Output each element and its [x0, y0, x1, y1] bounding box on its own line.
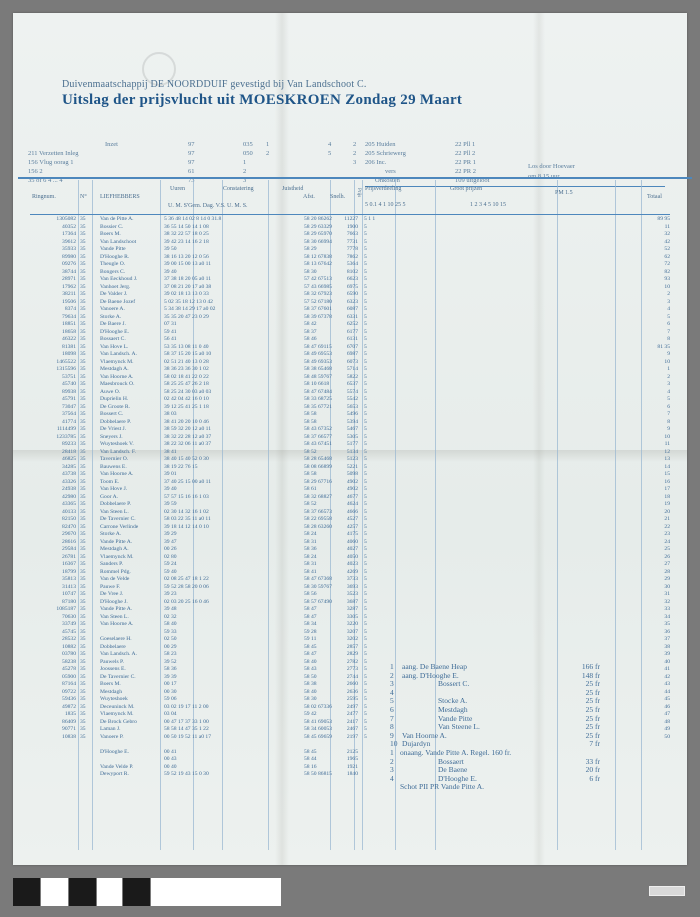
cell-n: 35	[80, 441, 94, 448]
cell-tot: 36	[642, 629, 670, 636]
cell-t: 5 34 38 14 29 17 a0 02	[164, 306, 304, 313]
cell-a: 4023	[330, 561, 358, 568]
table-row: 3961235Van Landschoot39 42 23 14 16 2 18…	[30, 239, 670, 246]
cell-t: 00 43	[164, 756, 304, 763]
cell-n: 35	[80, 561, 94, 568]
cell-a: 7731	[330, 239, 358, 246]
cell-ring: 70630	[30, 614, 76, 621]
header-groot-prijzen: Groot prijzen	[450, 186, 482, 192]
table-row: 3141335Pauwe F.59 52 28 58 20 0 0658 30 …	[30, 584, 670, 591]
cell-tot: 89 95	[642, 216, 670, 223]
header-verdeling-sub: 5 0.1 4 1 10 25 5	[365, 202, 406, 208]
cell-tot: 21	[642, 516, 670, 523]
cell-n: 35	[80, 696, 94, 703]
cell-tot: 28	[642, 569, 670, 576]
cell-tot: 48	[642, 719, 670, 726]
cell-t: 36 55 14 50 14 1 08	[164, 224, 304, 231]
cell-t: 35 35 20 47 23 0 29	[164, 314, 304, 321]
table-row: 130508235Van de Pitte A.5 36 48 14 02 8 …	[30, 216, 670, 223]
cell-t: 00 26	[164, 546, 304, 553]
cell-a: 1900	[330, 224, 358, 231]
cell-t: 59 41	[164, 329, 304, 336]
cell-t: 38 32 22 57 18 0 25	[164, 231, 304, 238]
table-row: 3374935Van Hoorne A.58 4058 343220535	[30, 621, 670, 628]
cell-tot: 39	[642, 651, 670, 658]
cell-a: 5177	[330, 441, 358, 448]
cell-a: 6331	[330, 314, 358, 321]
header-rule	[18, 177, 692, 179]
cell-n: 35	[80, 299, 94, 306]
cell-p: 5	[364, 614, 386, 621]
table-row: 4013335Van Steen L.02 30 14 32 16 1 0258…	[30, 509, 670, 516]
cell-t: 02 51 21 40 13 0 28	[164, 359, 304, 366]
cell-tot: 13	[642, 456, 670, 463]
cell-t: 00 40	[164, 764, 304, 771]
cell-tot: 6	[642, 404, 670, 411]
cell-t: 59 06	[164, 696, 304, 703]
cell-n: 35	[80, 651, 94, 658]
table-row: 2493835Van Hove J.39 4058 614902517	[30, 486, 670, 493]
cell-n: 35	[80, 546, 94, 553]
cell-p: 5	[364, 261, 386, 268]
header-pm: PM 1.5	[555, 190, 573, 196]
cell-a: 2467	[330, 726, 358, 733]
table-row: 1796235Vanhoet Jerg.37 08 21 20 17 a0 38…	[30, 284, 670, 291]
cell-a: 7778	[330, 246, 358, 253]
cell-n: 35	[80, 419, 94, 426]
cell-tot: 9	[642, 426, 670, 433]
cell-a: 1840	[330, 771, 358, 778]
cell-p: 5	[364, 314, 386, 321]
cell-n: 35	[80, 351, 94, 358]
table-header: Ringnum. N° LIEFHEBBERS Uuren Constateri…	[30, 180, 670, 215]
cell-tot: 8	[642, 336, 670, 343]
cell-n: 35	[80, 584, 94, 591]
cell-ring: 29584	[30, 546, 76, 553]
cell-n: 35	[80, 479, 94, 486]
cell-p: 5	[364, 456, 386, 463]
table-row: 1736435Boers M.38 32 22 57 18 0 2558 29 …	[30, 231, 670, 238]
cell-t: 59 24	[164, 561, 304, 568]
cell-a: 1965	[330, 756, 358, 763]
cell-ring: 18658	[30, 329, 76, 336]
cell-t: 39 01	[164, 471, 304, 478]
colorbar-patch	[123, 878, 150, 906]
cell-t: 07 31	[164, 321, 304, 328]
cell-n: 35	[80, 524, 94, 531]
cell-t: 38 40 15 40 52 0 30	[164, 456, 304, 463]
cell-ring: 86409	[30, 719, 76, 726]
cell-a: 6323	[330, 299, 358, 306]
cell-ring: 45791	[30, 396, 76, 403]
cell-tot: 19	[642, 501, 670, 508]
cell-ring: 43738	[30, 471, 76, 478]
cell-p: 5	[364, 426, 386, 433]
table-row: 3874435Bongers C.39 4058 308102582	[30, 269, 670, 276]
cell-n: 35	[80, 599, 94, 606]
table-row: 8138135Van Hove L.53 35 13 08 11 0 4058 …	[30, 344, 670, 351]
table-row: 1879935Rommel Pdg.59 4058 414269528	[30, 569, 670, 576]
table-row: 1074735De Vree J.39 2358 563523531	[30, 591, 670, 598]
cell-t: 56 41	[164, 336, 304, 343]
cell-tot: 8	[642, 419, 670, 426]
cell-t: 39 18 14 12 14 0 10	[164, 524, 304, 531]
cell-ring: 89980	[30, 254, 76, 261]
cell-n: 35	[80, 606, 94, 613]
cell-t: 59 52 28 58 20 0 06	[164, 584, 304, 591]
cell-ring: 09722	[30, 689, 76, 696]
cell-n: 35	[80, 216, 94, 223]
cell-t: 39 42 23 14 16 2 18	[164, 239, 304, 246]
colorbar-patch	[97, 878, 122, 906]
cell-t: 58 25 24 30 03 a0 03	[164, 389, 304, 396]
cell-t: 02 80	[164, 554, 304, 561]
colorbar-patch	[69, 878, 96, 906]
cell-t: 39 52	[164, 659, 304, 666]
cell-a: 2595	[330, 696, 358, 703]
cell-n: 35	[80, 636, 94, 643]
table-row: 111449935De Vriest J.38 59 32 20 12 a0 1…	[30, 426, 670, 433]
cell-a: 4027	[330, 546, 358, 553]
cell-a: 4175	[330, 531, 358, 538]
cell-t: 58 25 25 47 26 2 18	[164, 381, 304, 388]
cell-p: 5	[364, 704, 386, 711]
cell-ring: 82150	[30, 516, 76, 523]
cell-tot: 37	[642, 636, 670, 643]
cell-n: 35	[80, 366, 94, 373]
cell-n: 35	[80, 456, 94, 463]
table-row: 3821135De Valder J.39 02 18 13 13 0 3358…	[30, 291, 670, 298]
cell-a: 6087	[330, 306, 358, 313]
cell-ring: 39612	[30, 239, 76, 246]
cell-tot: 24	[642, 539, 670, 546]
cell-n: 35	[80, 486, 94, 493]
cell-a: 2497	[330, 704, 358, 711]
cell-tot: 50	[642, 734, 670, 741]
cell-tot: 16	[642, 479, 670, 486]
summary-row: 156 2 61 2	[28, 168, 358, 177]
cell-n: 35	[80, 674, 94, 681]
cell-a: 2660	[330, 681, 358, 688]
cell-tot: 17	[642, 486, 670, 493]
cell-ring: 35933	[30, 246, 76, 253]
cell-a: 5822	[330, 374, 358, 381]
cell-t: 39 59	[164, 501, 304, 508]
cell-p: 5	[364, 396, 386, 403]
cell-p: 5	[364, 696, 386, 703]
table-row: 1809835Van Landsch. A.58 37 15 20 15 a0 …	[30, 351, 670, 358]
cell-tot: 44	[642, 689, 670, 696]
cell-ring: 82470	[30, 524, 76, 531]
cell-p: 5	[364, 674, 386, 681]
cell-a: 4527	[330, 516, 358, 523]
cell-tot: 47	[642, 711, 670, 718]
cell-n: 35	[80, 726, 94, 733]
cell-t: 39 50	[164, 246, 304, 253]
table-row: 5375135Van Hoorne A.58 02 18 41 22 0 225…	[30, 374, 670, 381]
cell-t: 58 36	[164, 666, 304, 673]
cell-ring: 1315596	[30, 366, 76, 373]
cell-t: 39 02 18 13 13 0 33	[164, 291, 304, 298]
table-row: 8718035D'Hooghe J.02 03 20 25 16 0 4658 …	[30, 599, 670, 606]
cell-tot: 29	[642, 576, 670, 583]
cell-ring: 49872	[30, 704, 76, 711]
cell-p: 5	[364, 464, 386, 471]
cell-tot: 30	[642, 584, 670, 591]
cell-tot: 41	[642, 666, 670, 673]
cell-tot: 82	[642, 269, 670, 276]
cell-ring: 59436	[30, 696, 76, 703]
cell-ring: 03780	[30, 651, 76, 658]
cell-a: 2744	[330, 674, 358, 681]
cell-a: 6131	[330, 336, 358, 343]
cell-tot: 52	[642, 246, 670, 253]
cell-n: 35	[80, 681, 94, 688]
cell-tot: 32	[642, 599, 670, 606]
table-row: 1950635De Baene Jozef5 02 35 18 12 13 0 …	[30, 299, 670, 306]
cell-ring: 28532	[30, 636, 76, 643]
cell-t: 02 30 14 32 16 1 02	[164, 509, 304, 516]
cell-a: 5221	[330, 464, 358, 471]
cell-ring: 1305082	[30, 216, 76, 223]
cell-ring: 1233785	[30, 434, 76, 441]
cell-ring: 46322	[30, 336, 76, 343]
cell-p: 5	[364, 516, 386, 523]
cell-p: 5	[364, 606, 386, 613]
cell-tot: 72	[642, 261, 670, 268]
table-row: 1088235Dobbelaere00 2958 452857538	[30, 644, 670, 651]
cell-t: 53 35 13 08 11 0 40	[164, 344, 304, 351]
cell-n: 35	[80, 314, 94, 321]
cell-t: 57 57 15 16 16 1 03	[164, 494, 304, 501]
cell-n: 35	[80, 644, 94, 651]
cell-a: 5394	[330, 419, 358, 426]
cell-n: 35	[80, 516, 94, 523]
cell-ring: 10838	[30, 734, 76, 741]
cell-ring: 41774	[30, 419, 76, 426]
cell-tot: 25	[642, 546, 670, 553]
cell-a: 7862	[330, 254, 358, 261]
table-row: 4298035Goor A.57 57 15 16 16 1 0358 32 6…	[30, 494, 670, 501]
table-row: 123378535Sneyers J.38 32 22 28 12 a0 375…	[30, 434, 670, 441]
cell-a: 5653	[330, 404, 358, 411]
cell-p: 5	[364, 719, 386, 726]
cell-p: 5	[364, 501, 386, 508]
cell-t: 38 32 22 28 12 a0 37	[164, 434, 304, 441]
cell-p: 5	[364, 644, 386, 651]
cell-p: 5	[364, 254, 386, 261]
cell-tot: 93	[642, 276, 670, 283]
cell-t: 02 50	[164, 636, 304, 643]
table-row: 4682535Tavernier O.38 40 15 40 52 0 3058…	[30, 456, 670, 463]
cell-tot: 5	[642, 314, 670, 321]
cell-a: 5123	[330, 456, 358, 463]
cell-p: 5	[364, 224, 386, 231]
table-row: 8998035D'Hooghe R.38 16 13 20 12 0 5658 …	[30, 254, 670, 261]
table-row: 2958435Mestdagh A.00 2658 364027525	[30, 546, 670, 553]
cell-tot: 10	[642, 284, 670, 291]
cell-ring: 38211	[30, 291, 76, 298]
cell-a: 3523	[330, 591, 358, 598]
cell-tot: 7	[642, 329, 670, 336]
cell-a: 6590	[330, 291, 358, 298]
header-prijs: Prijs	[356, 188, 361, 197]
cell-ring: 10882	[30, 644, 76, 651]
cell-tot: 81 35	[642, 344, 670, 351]
cell-n: 35	[80, 359, 94, 366]
cell-ring: 17364	[30, 231, 76, 238]
cell-n: 35	[80, 344, 94, 351]
header-num: N°	[80, 194, 87, 200]
cell-ring: 42980	[30, 494, 76, 501]
cell-p: 5	[364, 659, 386, 666]
cell-p: 5	[364, 509, 386, 516]
cell-t: 38 59 32 20 12 a0 11	[164, 426, 304, 433]
cell-p: 5	[364, 689, 386, 696]
cell-a: 4902	[330, 479, 358, 486]
cell-ring: 29670	[30, 531, 76, 538]
cell-tot: 42	[642, 239, 670, 246]
cell-n: 35	[80, 434, 94, 441]
cell-a: 2417	[330, 719, 358, 726]
cell-p: 5	[364, 531, 386, 538]
table-row: 2853235Goeselaere H.02 5059 113202537	[30, 636, 670, 643]
cell-p: 5 1 1	[364, 216, 386, 223]
cell-n: 35	[80, 404, 94, 411]
cell-t: 39 23	[164, 591, 304, 598]
cell-tot: 43	[642, 681, 670, 688]
cell-ring: 58238	[30, 659, 76, 666]
cell-tot: 33	[642, 606, 670, 613]
cell-ring: 45740	[30, 381, 76, 388]
cell-n: 35	[80, 449, 94, 456]
table-row: 146552235Vlaemynck M.02 51 21 40 13 0 28…	[30, 359, 670, 366]
cell-n: 35	[80, 381, 94, 388]
cell-n: 35	[80, 704, 94, 711]
cell-t: 03 04	[164, 711, 304, 718]
header-juistheid: Juistheid	[282, 186, 303, 192]
table-row: 7304735De Groote R.39 12 25 41 25 1 1858…	[30, 404, 670, 411]
cell-a: 2125	[330, 749, 358, 756]
cell-t: 38 03	[164, 411, 304, 418]
cell-ring: 28616	[30, 539, 76, 546]
cell-a: 3693	[330, 584, 358, 591]
cell-ring: 33749	[30, 621, 76, 628]
society-line: Duivenmaatschappij DE NOORDDUIF gevestig…	[62, 79, 367, 90]
cell-t: 39 40	[164, 269, 304, 276]
cell-a: 5542	[330, 396, 358, 403]
table-row: 4035235Bossier C.36 55 14 50 14 1 0858 2…	[30, 224, 670, 231]
cell-t: 00 30	[164, 689, 304, 696]
cell-ring: 1085187	[30, 606, 76, 613]
table-row: 8215035De Tavernier C.58 03 22 35 11 a0 …	[30, 516, 670, 523]
cell-p: 5	[364, 299, 386, 306]
cell-t: 38 36 23 36 30 1 02	[164, 366, 304, 373]
cell-a: 11227	[330, 216, 358, 223]
cell-a: 3287	[330, 606, 358, 613]
cell-ring: 24938	[30, 486, 76, 493]
cell-n: 35	[80, 539, 94, 546]
cell-t: 00 29	[164, 644, 304, 651]
cell-p: 5	[364, 239, 386, 246]
cell-t: 38 16 13 20 12 0 56	[164, 254, 304, 261]
table-row: 4574035Maesbrouck O.58 25 25 47 26 2 185…	[30, 381, 670, 388]
table-row: 4177435Dobbelaere P.38 41 20 20 10 0 465…	[30, 419, 670, 426]
prize-line: Schot PII PR Vande Pitte A.	[390, 782, 630, 791]
cell-p: 5	[364, 291, 386, 298]
cell-ring: 1114499	[30, 426, 76, 433]
cell-a: 3220	[330, 621, 358, 628]
cell-t: 38 22 32 06 11 a0 37	[164, 441, 304, 448]
cell-p: 5	[364, 351, 386, 358]
cell-tot: 5	[642, 396, 670, 403]
colorbar-patch	[41, 878, 68, 906]
cell-a: 5467	[330, 426, 358, 433]
cell-tot: 23	[642, 531, 670, 538]
cell-a: 6177	[330, 329, 358, 336]
cell-n: 35	[80, 554, 94, 561]
cell-t: 39 47	[164, 539, 304, 546]
cell-ring: 37564	[30, 411, 76, 418]
cell-n: 35	[80, 269, 94, 276]
cell-a: 2197	[330, 734, 358, 741]
table-row: 8923335Wuyteshoek V.38 22 32 06 11 a0 37…	[30, 441, 670, 448]
cell-ring: 8374	[30, 306, 76, 313]
cell-tot: 1	[642, 366, 670, 373]
cell-n: 35	[80, 711, 94, 718]
table-row: 4632235Bossaert C.56 4158 46613158	[30, 336, 670, 343]
cell-tot: 38	[642, 644, 670, 651]
cell-p: 5	[364, 681, 386, 688]
summary-right-row: vers 22 PR 2	[365, 168, 665, 177]
cell-a: 3207	[330, 629, 358, 636]
cell-t: 00 47 17 37 33 1 00	[164, 719, 304, 726]
cell-p: 5	[364, 269, 386, 276]
header-liefhebbers: LIEFHEBBERS	[100, 194, 140, 200]
cell-a: 4257	[330, 524, 358, 531]
cell-ring: 16367	[30, 561, 76, 568]
cell-p: 5	[364, 381, 386, 388]
cell-tot: 42	[642, 674, 670, 681]
cell-tot: 11	[642, 441, 670, 448]
header-constatering: Constatering	[223, 186, 254, 192]
table-row: 0927635Theugle O.39 00 15 00 13 a0 1158 …	[30, 261, 670, 268]
table-row: 8247035Carrone Verlinde39 18 14 12 14 0 …	[30, 524, 670, 531]
cell-a: 6537	[330, 381, 358, 388]
table-row: 4373835Van Hoorne A.39 0158 585098515	[30, 471, 670, 478]
colorbar-patch	[151, 878, 281, 906]
cell-ring: 05900	[30, 674, 76, 681]
cell-p: 5	[364, 434, 386, 441]
cell-t: 02 03 20 25 16 0 46	[164, 599, 304, 606]
cell-a: 6987	[330, 351, 358, 358]
document-title: Uitslag der prijsvlucht uit MOESKROEN Zo…	[62, 92, 462, 109]
cell-ring: 10747	[30, 591, 76, 598]
cell-p: 5	[364, 321, 386, 328]
cell-p: 5	[364, 374, 386, 381]
colorbar-patch	[13, 878, 40, 906]
cell-ring: 45745	[30, 629, 76, 636]
cell-p: 5	[364, 471, 386, 478]
cell-tot: 2	[642, 374, 670, 381]
cell-a: 4060	[330, 539, 358, 546]
cell-a: 5496	[330, 411, 358, 418]
cell-a: 6623	[330, 276, 358, 283]
cell-tot: 15	[642, 471, 670, 478]
cell-t: 58 02 18 41 22 0 22	[164, 374, 304, 381]
cell-t: 58 37 15 20 15 a0 10	[164, 351, 304, 358]
cell-a: 3202	[330, 636, 358, 643]
